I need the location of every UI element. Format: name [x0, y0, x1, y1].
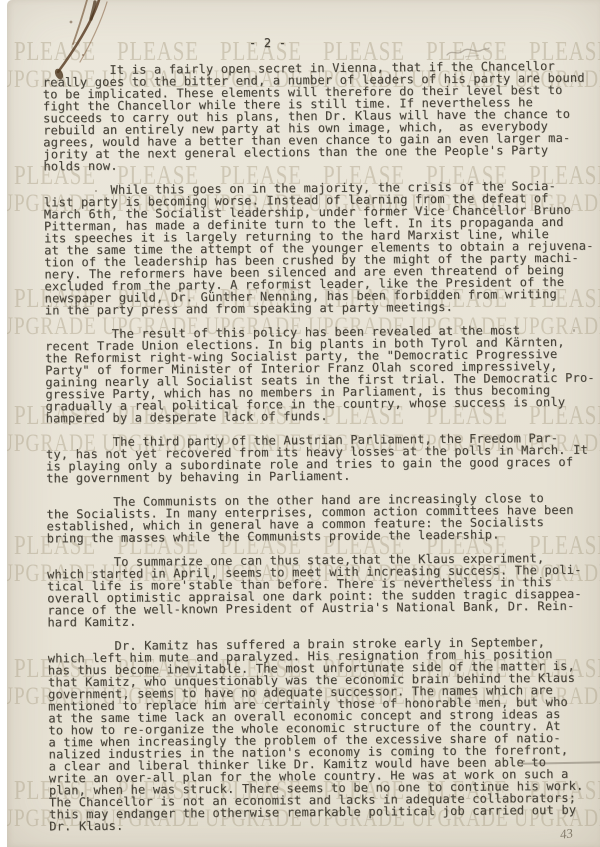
paper-speck	[573, 329, 575, 332]
scanned-page: PLEASEUPGRADEPLEASEUPGRADEPLEASEUPGRADEP…	[7, 0, 600, 847]
paragraph: To summarize one can thus state,that the…	[47, 552, 600, 629]
paragraph: The third party of the Austrian Parliame…	[46, 432, 600, 485]
paragraph: The Communists on the other hand are inc…	[46, 492, 600, 545]
paragraph: The result of this policy has been revea…	[45, 324, 600, 425]
typed-text-body: It is a fairly open secret in Vienna, th…	[43, 60, 600, 847]
paper-speck	[522, 760, 525, 762]
ink-stain-icon	[37, 0, 132, 90]
page-number: - 2 -	[249, 36, 286, 50]
paragraph: Dr. Kamitz has suffered a brain stroke e…	[48, 636, 600, 833]
pencil-scribble-icon	[445, 42, 491, 62]
paragraph: While this goes on in the majority, the …	[44, 180, 599, 317]
paper-speck	[95, 190, 97, 192]
handwritten-corner-mark: 43	[559, 825, 574, 843]
